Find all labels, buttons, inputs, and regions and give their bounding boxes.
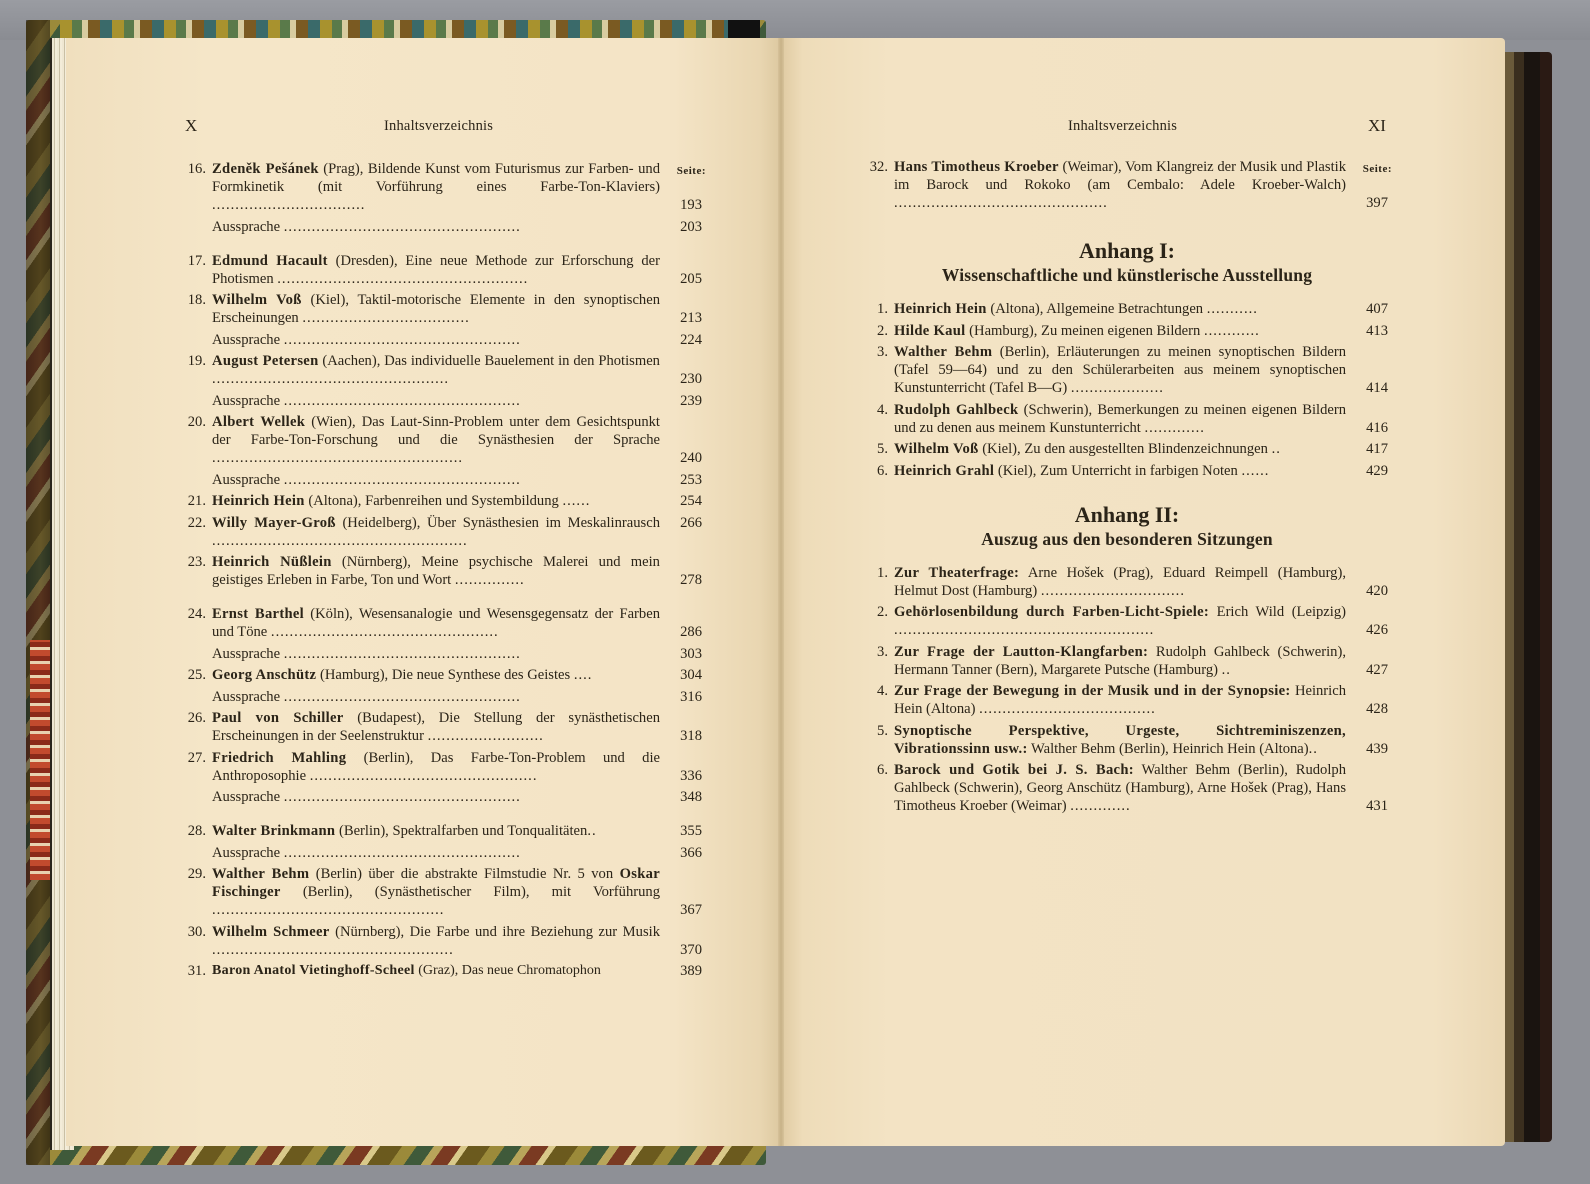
folio-left: X <box>185 116 197 136</box>
aussprache-row: Aussprache .............................… <box>176 392 706 410</box>
toc-text: Baron Anatol Vietinghoff-Scheel <box>212 963 415 978</box>
entry-text: Aussprache .............................… <box>212 844 706 862</box>
aussprache-row: Aussprache .............................… <box>176 844 706 862</box>
aussprache-row: Aussprache .............................… <box>176 471 706 489</box>
entry-text: Zdeněk Pešánek (Prag), Bildende Kunst vo… <box>212 160 706 214</box>
toc-text: 213 <box>668 309 702 327</box>
leader-dots: .. <box>1309 741 1318 757</box>
toc-text: Wilhelm Voß <box>894 441 979 457</box>
leader-dots: ........................................… <box>894 622 1154 638</box>
toc-text: 397 <box>1354 194 1388 212</box>
entry-number <box>176 645 212 663</box>
folio-right: XI <box>1368 116 1386 136</box>
leader-dots: ............ <box>1204 323 1260 339</box>
toc-text: Willy Mayer-Groß <box>212 515 336 531</box>
toc-text: 367 <box>668 901 702 919</box>
toc-text: 16. <box>176 160 212 214</box>
toc-text: 439 <box>1354 740 1388 758</box>
leader-dots: ........................................… <box>284 689 521 705</box>
toc-text: Zur Frage der Lautton-Klangfarben: <box>894 644 1148 660</box>
toc-text: 4. <box>862 401 894 437</box>
toc-text: Walther Behm <box>212 866 309 882</box>
toc-text: Aussprache <box>212 646 280 662</box>
toc-text: Heinrich Hein <box>212 493 305 509</box>
toc-text: 336 <box>668 767 702 785</box>
toc-text: Zur Theaterfrage: <box>894 565 1019 581</box>
toc-text: Erich Wild (Leipzig) <box>1209 604 1346 620</box>
toc-text: 3. <box>862 643 894 679</box>
seite-label: Seite: <box>1363 160 1392 178</box>
entry-text: Heinrich Grahl (Kiel), Zum Unterricht in… <box>894 462 1392 480</box>
entry-text: Walther Behm (Berlin), Erläuterungen zu … <box>894 343 1392 397</box>
entry-number <box>176 844 212 862</box>
leader-dots: ........................................… <box>284 219 521 235</box>
toc-text: Walther Behm <box>894 344 992 360</box>
entry-number <box>176 331 212 349</box>
toc-text: Paul von Schiller <box>212 710 344 726</box>
toc-text: 25. <box>176 666 212 684</box>
toc-text: Barock und Gotik bei J. S. Bach: <box>894 762 1134 778</box>
toc-text: Wilhelm Schmeer <box>212 924 330 940</box>
leader-dots: ................................. <box>212 197 365 213</box>
toc-text: 420 <box>1354 582 1388 600</box>
leader-dots: ............................... <box>1041 583 1185 599</box>
toc-text: Friedrich Mahling <box>212 750 346 766</box>
toc-text: Rudolph Gahlbeck <box>894 402 1018 418</box>
toc-text: 2. <box>862 603 894 639</box>
page-number: 193 <box>668 196 702 214</box>
leader-dots: ...... <box>562 493 590 509</box>
toc-entry: 29. Walther Behm (Berlin) über die abstr… <box>176 865 706 919</box>
aussprache-row: Aussprache .............................… <box>176 688 706 706</box>
leader-dots: ............. <box>1070 798 1130 814</box>
toc-text: 5. <box>862 722 894 758</box>
toc-entry: 3. Zur Frage der Lautton-Klangfarben: Ru… <box>862 643 1392 679</box>
toc-entry: 18. Wilhelm Voß (Kiel), Taktil-motorisch… <box>176 291 706 327</box>
aussprache-row: Aussprache .............................… <box>176 331 706 349</box>
toc-entry: 2. Gehörlosenbildung durch Farben-Licht-… <box>862 603 1392 639</box>
entry-text: Friedrich Mahling (Berlin), Das Farbe-To… <box>212 749 706 785</box>
toc-text: (Graz), Das neue Chromatophon <box>415 963 601 978</box>
leader-dots: .. <box>1222 662 1231 678</box>
toc-text: 239 <box>668 392 702 410</box>
leader-dots: .................... <box>1071 380 1164 396</box>
toc-text: Hans Timotheus Kroeber <box>894 159 1059 175</box>
leader-dots: .................................... <box>302 310 469 326</box>
toc-text: 1. <box>862 564 894 600</box>
entry-text: Aussprache .............................… <box>212 788 706 806</box>
leader-dots: .. <box>587 823 596 839</box>
toc-text: 17. <box>176 252 212 288</box>
running-head-right: Inhaltsverzeichnis <box>1068 118 1177 135</box>
toc-text: 3. <box>862 343 894 397</box>
leader-dots: ............... <box>455 572 525 588</box>
toc-text: 4. <box>862 682 894 718</box>
toc-text: 203 <box>668 218 702 236</box>
leader-dots: .. <box>1272 441 1281 457</box>
toc-text: Zur Frage der Bewegung in der Musik und … <box>894 683 1291 699</box>
toc-text: 417 <box>1354 440 1388 458</box>
aussprache-row: Aussprache .............................… <box>176 218 706 236</box>
toc-entry: 24. Ernst Barthel (Köln), Wesensanalogie… <box>176 605 706 641</box>
toc-text: Zdeněk Pešánek <box>212 161 319 177</box>
leader-dots: ........... <box>1207 301 1258 317</box>
toc-text: 5. <box>862 440 894 458</box>
toc-text: 6. <box>862 761 894 815</box>
entry-text: Zur Theaterfrage: Arne Hošek (Prag), Edu… <box>894 564 1392 600</box>
toc-text: 426 <box>1354 621 1388 639</box>
leader-dots: ........................................… <box>212 533 468 549</box>
entry-text: Aussprache .............................… <box>212 471 706 489</box>
toc-text: 355 <box>668 822 702 840</box>
entry-number <box>176 218 212 236</box>
toc-entry: 5. Wilhelm Voß (Kiel), Zu den ausgestell… <box>862 440 1392 458</box>
toc-text: 26. <box>176 709 212 745</box>
leader-dots: ........................................… <box>894 195 1108 211</box>
toc-text: 32. <box>862 158 894 212</box>
aussprache-row: Aussprache .............................… <box>176 788 706 806</box>
leader-dots: ........................................… <box>284 845 521 861</box>
toc-text: Aussprache <box>212 689 280 705</box>
book-cover-marbling <box>30 640 50 880</box>
leader-dots: ........................................… <box>284 332 521 348</box>
aussprache-row: Aussprache .............................… <box>176 645 706 663</box>
toc-text: (Berlin), Spektralfarben und Tonqualität… <box>335 823 587 839</box>
toc-entry: 19. August Petersen (Aachen), Das indivi… <box>176 352 706 388</box>
toc-entry: 5. Synoptische Perspektive, Urgeste, Sic… <box>862 722 1392 758</box>
toc-text: 303 <box>668 645 702 663</box>
toc-entry: 6. Heinrich Grahl (Kiel), Zum Unterricht… <box>862 462 1392 480</box>
appendix-1-title: Anhang I: <box>862 242 1392 260</box>
toc-entry: 21. Heinrich Hein (Altona), Farbenreihen… <box>176 492 706 510</box>
toc-entry: 23. Heinrich Nüßlein (Nürnberg), Meine p… <box>176 553 706 589</box>
toc-text: (Nürnberg), Die Farbe und ihre Beziehung… <box>330 924 660 940</box>
entry-text: Wilhelm Voß (Kiel), Zu den ausgestellten… <box>894 440 1392 458</box>
toc-text: 230 <box>668 370 702 388</box>
toc-text: 29. <box>176 865 212 919</box>
entry-text: Baron Anatol Vietinghoff-Scheel (Graz), … <box>212 962 706 980</box>
entry-text: Walther Behm (Berlin) über die abstrakte… <box>212 865 706 919</box>
entry-number <box>176 471 212 489</box>
toc-entry: 28. Walter Brinkmann (Berlin), Spektralf… <box>176 822 706 840</box>
entry-number <box>176 788 212 806</box>
entry-number <box>176 688 212 706</box>
toc-text: Gehörlosenbildung durch Farben-Licht-Spi… <box>894 604 1209 620</box>
toc-text: (Aachen), Das individuelle Bauelement in… <box>319 353 660 369</box>
running-head-left: Inhaltsverzeichnis <box>384 118 493 135</box>
leader-dots: ............. <box>1144 420 1204 436</box>
entry-text: Walter Brinkmann (Berlin), Spektralfarbe… <box>212 822 706 840</box>
toc-text: 254 <box>668 492 702 510</box>
toc-entry: 6. Barock und Gotik bei J. S. Bach: Walt… <box>862 761 1392 815</box>
leader-dots: ........................................… <box>212 942 454 958</box>
leader-dots: ...... <box>1242 463 1270 479</box>
entry-text: Zur Frage der Lautton-Klangfarben: Rudol… <box>894 643 1392 679</box>
toc-entry: 22. Willy Mayer-Groß (Heidelberg), Über … <box>176 514 706 550</box>
leader-dots: ........................................… <box>284 789 521 805</box>
entry-text: August Petersen (Aachen), Das individuel… <box>212 352 706 388</box>
toc-text: 24. <box>176 605 212 641</box>
toc-text: Georg Anschütz <box>212 667 316 683</box>
toc-text: (Altona), Allgemeine Betrachtungen <box>987 301 1203 317</box>
toc-text: (Kiel), Zum Unterricht in farbigen Noten <box>994 463 1238 479</box>
toc-text: 316 <box>668 688 702 706</box>
toc-text: 30. <box>176 923 212 959</box>
toc-text: Aussprache <box>212 472 280 488</box>
toc-text: (Hamburg), Zu meinen eigenen Bildern <box>966 323 1201 339</box>
toc-text: 28. <box>176 822 212 840</box>
toc-text: (Heidelberg), Über Synästhesien im Meska… <box>336 515 660 531</box>
entry-text: Synoptische Perspektive, Urgeste, Sichtr… <box>894 722 1392 758</box>
toc-text: (Hamburg), Die neue Synthese des Geistes <box>316 667 570 683</box>
seite-label: Seite: <box>677 162 706 180</box>
toc-entry: 4. Zur Frage der Bewegung in der Musik u… <box>862 682 1392 718</box>
entry-text: Ernst Barthel (Köln), Wesensanalogie und… <box>212 605 706 641</box>
toc-text: 1. <box>862 300 894 318</box>
leader-dots: ........................................… <box>271 624 499 640</box>
entry-text: Hans Timotheus Kroeber (Weimar), Vom Kla… <box>894 158 1392 212</box>
toc-entry: 2. Hilde Kaul (Hamburg), Zu meinen eigen… <box>862 322 1392 340</box>
toc-text: 19. <box>176 352 212 388</box>
toc-entry: 20. Albert Wellek (Wien), Das Laut-Sinn-… <box>176 413 706 467</box>
entry-text: Aussprache .............................… <box>212 392 706 410</box>
toc-text: Hilde Kaul <box>894 323 966 339</box>
toc-entry: 3. Walther Behm (Berlin), Erläuterungen … <box>862 343 1392 397</box>
toc-text: 366 <box>668 844 702 862</box>
leader-dots: ........................................… <box>212 371 449 387</box>
leader-dots: ........................................… <box>212 450 463 466</box>
toc-text: 205 <box>668 270 702 288</box>
toc-entry: 30. Wilhelm Schmeer (Nürnberg), Die Farb… <box>176 923 706 959</box>
toc-entry: 17. Edmund Hacault (Dresden), Eine neue … <box>176 252 706 288</box>
toc-text: 429 <box>1354 462 1388 480</box>
toc-text: 278 <box>668 571 702 589</box>
entry-text: Hilde Kaul (Hamburg), Zu meinen eigenen … <box>894 322 1392 340</box>
entry-text: Heinrich Hein (Altona), Allgemeine Betra… <box>894 300 1392 318</box>
book-gutter <box>778 38 784 1146</box>
toc-text: Heinrich Grahl <box>894 463 994 479</box>
leader-dots: ........................................… <box>284 393 521 409</box>
leader-dots: .... <box>574 667 593 683</box>
entry-text: Willy Mayer-Groß (Heidelberg), Über Synä… <box>212 514 706 550</box>
toc-text: Edmund Hacault <box>212 253 328 269</box>
toc-text: 318 <box>668 727 702 745</box>
toc-text: 413 <box>1354 322 1388 340</box>
entry-text: Heinrich Nüßlein (Nürnberg), Meine psych… <box>212 553 706 589</box>
toc-entry: 32. Hans Timotheus Kroeber (Weimar), Vom… <box>862 158 1392 212</box>
entry-text: Aussprache .............................… <box>212 688 706 706</box>
toc-entry: 31. Baron Anatol Vietinghoff-Scheel (Gra… <box>176 962 706 980</box>
entry-text: Aussprache .............................… <box>212 645 706 663</box>
toc-text: 348 <box>668 788 702 806</box>
toc-text: 266 <box>668 514 702 532</box>
toc-entry: 26. Paul von Schiller (Budapest), Die St… <box>176 709 706 745</box>
leader-dots: ...................................... <box>979 701 1156 717</box>
toc-text: 240 <box>668 449 702 467</box>
toc-text: Heinrich Nüßlein <box>212 554 332 570</box>
entry-text: Barock und Gotik bei J. S. Bach: Walther… <box>894 761 1392 815</box>
toc-text: 407 <box>1354 300 1388 318</box>
toc-text: 18. <box>176 291 212 327</box>
toc-entry: 1. Heinrich Hein (Altona), Allgemeine Be… <box>862 300 1392 318</box>
entry-text: Gehörlosenbildung durch Farben-Licht-Spi… <box>894 603 1392 639</box>
entry-text: Georg Anschütz (Hamburg), Die neue Synth… <box>212 666 706 684</box>
entry-text: Aussprache .............................… <box>212 218 706 236</box>
toc-text: 21. <box>176 492 212 510</box>
entry-text: Aussprache .............................… <box>212 331 706 349</box>
leader-dots: ......................... <box>428 728 544 744</box>
entry-text: Zur Frage der Bewegung in der Musik und … <box>894 682 1392 718</box>
toc-text: 304 <box>668 666 702 684</box>
leader-dots: ........................................… <box>277 271 528 287</box>
book-cover-right <box>1500 52 1552 1142</box>
toc-text: 224 <box>668 331 702 349</box>
toc-text: Wilhelm Voß <box>212 292 302 308</box>
toc-entry: 4. Rudolph Gahlbeck (Schwerin), Bemerkun… <box>862 401 1392 437</box>
toc-text: August Petersen <box>212 353 319 369</box>
entry-text: Paul von Schiller (Budapest), Die Stellu… <box>212 709 706 745</box>
toc-text: 2. <box>862 322 894 340</box>
toc-text: 427 <box>1354 661 1388 679</box>
entry-text: Edmund Hacault (Dresden), Eine neue Meth… <box>212 252 706 288</box>
entry-text: Albert Wellek (Wien), Das Laut-Sinn-Prob… <box>212 413 706 467</box>
toc-text: 416 <box>1354 419 1388 437</box>
leader-dots: ........................................… <box>284 472 521 488</box>
toc-text: 414 <box>1354 379 1388 397</box>
leader-dots: ........................................… <box>212 902 444 918</box>
toc-text: 370 <box>668 941 702 959</box>
toc-text: (Kiel), Zu den ausgestellten Blindenzeic… <box>979 441 1268 457</box>
toc-left: 16. Zdeněk Pešánek (Prag), Bildende Kuns… <box>176 160 706 984</box>
toc-text: 22. <box>176 514 212 550</box>
toc-text: (Berlin), (Synästhetischer Film), mit Vo… <box>281 884 660 900</box>
toc-text: Aussprache <box>212 219 280 235</box>
toc-text: Heinrich Hein <box>894 301 987 317</box>
appendix-1-subtitle: Wissenschaftliche und künstlerische Auss… <box>862 266 1392 284</box>
toc-text: 428 <box>1354 700 1388 718</box>
toc-text: 389 <box>668 962 702 980</box>
toc-text: 23. <box>176 553 212 589</box>
toc-entry: 27. Friedrich Mahling (Berlin), Das Farb… <box>176 749 706 785</box>
appendix-2-title: Anhang II: <box>862 506 1392 524</box>
toc-text: 286 <box>668 623 702 641</box>
toc-text: Walther Behm (Berlin), Heinrich Hein (Al… <box>1028 741 1309 757</box>
toc-text: Walter Brinkmann <box>212 823 335 839</box>
toc-text: Albert Wellek <box>212 414 305 430</box>
appendix-2-subtitle: Auszug aus den besonderen Sitzungen <box>862 530 1392 548</box>
toc-text: (Berlin) über die abstrakte Filmstudie N… <box>309 866 619 882</box>
toc-text: Ernst Barthel <box>212 606 304 622</box>
toc-entry: 16. Zdeněk Pešánek (Prag), Bildende Kuns… <box>176 160 706 214</box>
toc-entry: 25. Georg Anschütz (Hamburg), Die neue S… <box>176 666 706 684</box>
toc-text: 253 <box>668 471 702 489</box>
entry-text: Wilhelm Schmeer (Nürnberg), Die Farbe un… <box>212 923 706 959</box>
toc-right: 32. Hans Timotheus Kroeber (Weimar), Vom… <box>862 158 1392 819</box>
toc-text: Aussprache <box>212 789 280 805</box>
toc-text: Aussprache <box>212 845 280 861</box>
entry-text: Rudolph Gahlbeck (Schwerin), Bemerkungen… <box>894 401 1392 437</box>
entry-text: Heinrich Hein (Altona), Farbenreihen und… <box>212 492 706 510</box>
book-spine-shadow <box>26 20 50 1165</box>
toc-text: 31. <box>176 962 212 980</box>
toc-text: 20. <box>176 413 212 467</box>
toc-text: 431 <box>1354 797 1388 815</box>
entry-number <box>176 392 212 410</box>
toc-entry: 1. Zur Theaterfrage: Arne Hošek (Prag), … <box>862 564 1392 600</box>
toc-text: (Altona), Farbenreihen und Systembildung <box>305 493 559 509</box>
toc-text: 27. <box>176 749 212 785</box>
toc-text: 6. <box>862 462 894 480</box>
leader-dots: ........................................… <box>284 646 521 662</box>
toc-text: Aussprache <box>212 393 280 409</box>
leader-dots: ........................................… <box>310 768 538 784</box>
toc-text: Aussprache <box>212 332 280 348</box>
entry-text: Wilhelm Voß (Kiel), Taktil-motorische El… <box>212 291 706 327</box>
